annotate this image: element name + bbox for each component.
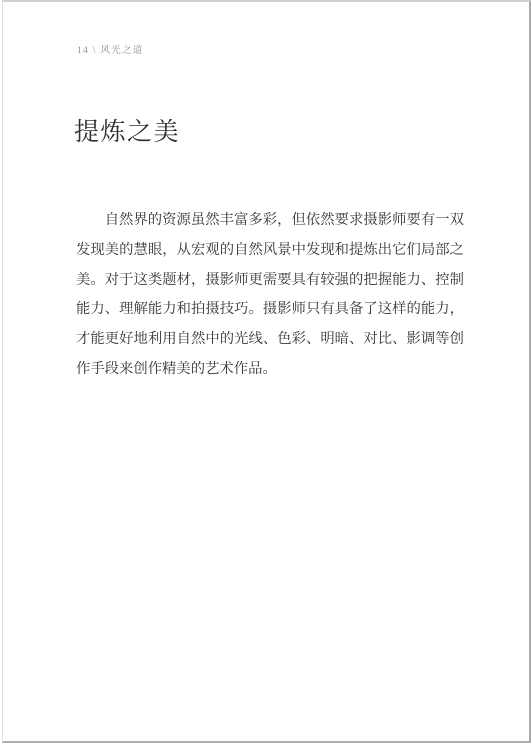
- body-line: 自然界的资源虽然丰富多彩，但依然要求摄影师要有一双: [76, 206, 464, 236]
- body-paragraph: 自然界的资源虽然丰富多彩，但依然要求摄影师要有一双 发现美的慧眼，从宏观的自然风…: [76, 206, 464, 385]
- body-line: 发现美的慧眼，从宏观的自然风景中发现和提炼出它们局部之: [76, 236, 464, 266]
- body-line: 能力、理解能力和拍摄技巧。摄影师只有具备了这样的能力，: [76, 295, 464, 325]
- page-title: 提炼之美: [74, 112, 180, 148]
- body-line: 美。对于这类题材，摄影师更需要具有较强的把握能力、控制: [76, 266, 464, 296]
- running-header: 14 \ 风光之道: [77, 42, 144, 56]
- body-line: 作手段来创作精美的艺术作品。: [76, 355, 464, 385]
- document-page: 14 \ 风光之道 提炼之美 自然界的资源虽然丰富多彩，但依然要求摄影师要有一双…: [2, 0, 531, 743]
- document-viewport: 14 \ 风光之道 提炼之美 自然界的资源虽然丰富多彩，但依然要求摄影师要有一双…: [0, 0, 531, 743]
- body-line: 才能更好地利用自然中的光线、色彩、明暗、对比、影调等创: [76, 325, 464, 355]
